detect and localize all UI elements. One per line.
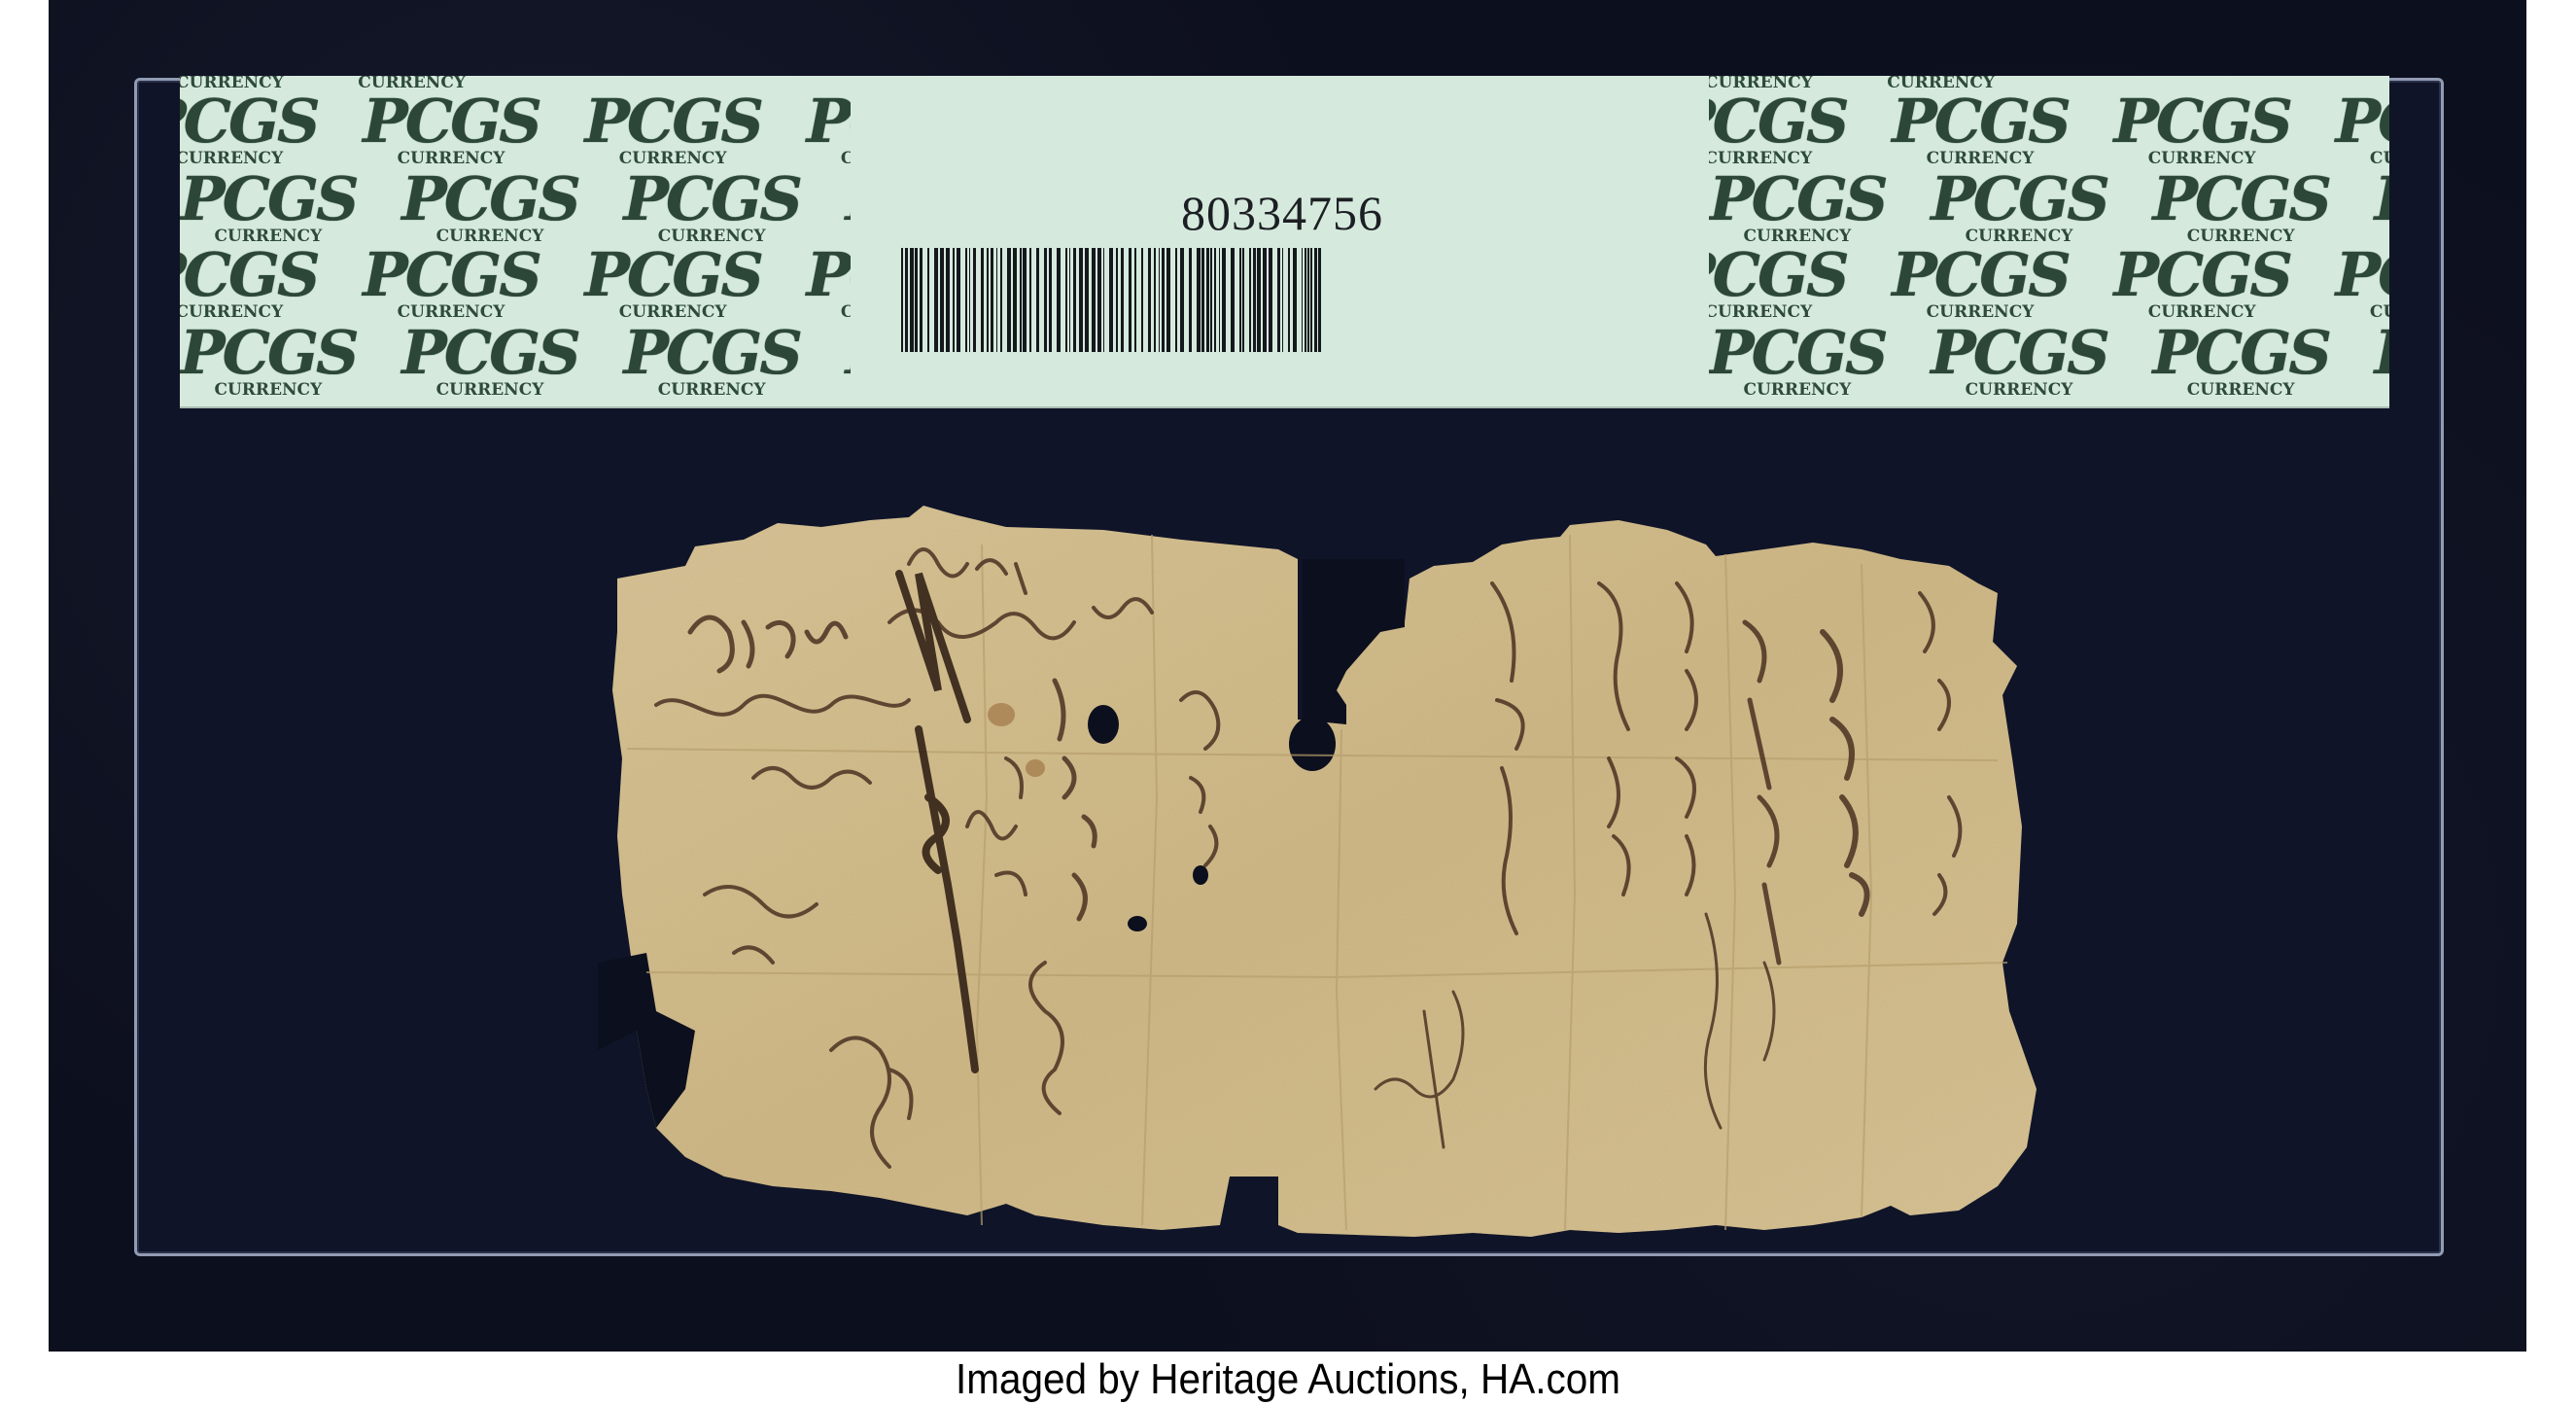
pcgs-logo-pattern-left: CURRENCY CURRENCY PCGSCURRENCY PCGSCURRE… xyxy=(180,76,851,406)
image-credit-caption: Imaged by Heritage Auctions, HA.com xyxy=(103,1354,2473,1405)
cert-number: 80334756 xyxy=(1181,185,1570,241)
colonial-banknote xyxy=(598,506,2056,1245)
banknote-image xyxy=(598,506,2056,1245)
pcgs-label: CURRENCY CURRENCY PCGSCURRENCY PCGSCURRE… xyxy=(180,76,2389,406)
pcgs-logo-pattern-right: CURRENCY CURRENCY PCGSCURRENCY PCGSCURRE… xyxy=(1709,76,2389,406)
barcode xyxy=(901,248,1327,352)
